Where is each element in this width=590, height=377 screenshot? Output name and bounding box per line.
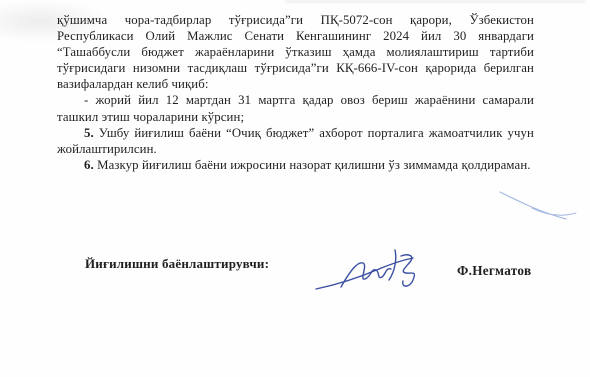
paragraph-continuation: қўшимча чора-тадбирлар тўғрисида”ги ПҚ-5… (57, 12, 534, 92)
handwritten-signature-icon (313, 243, 438, 305)
scan-streak (285, 0, 585, 3)
signer-role-label: Йиғилишни баёнлаштирувчи: (85, 256, 269, 272)
paragraph-clause-5: 5. Ушбу йиғилиш баёни “Очиқ бюджет” ахбо… (57, 125, 534, 157)
paragraph-clause-6: 6. Мазкур йиғилиш баёни ижросини назорат… (57, 157, 534, 173)
pen-mark-stroke (532, 208, 576, 215)
paragraph-text: Мазкур йиғилиш баёни ижросини назорат қи… (94, 158, 531, 172)
signer-name: Ф.Негматов (457, 263, 531, 279)
clause-number: 6. (84, 158, 94, 172)
paragraph-dash-item: - жорий йил 12 мартдан 31 мартга қадар о… (57, 92, 534, 124)
scanned-document-page: қўшимча чора-тадбирлар тўғрисида”ги ПҚ-5… (0, 0, 590, 377)
signature-sweep-stroke (316, 258, 413, 289)
clause-number: 5. (84, 126, 94, 140)
document-body: қўшимча чора-тадбирлар тўғрисида”ги ПҚ-5… (57, 12, 534, 173)
paragraph-text: Ушбу йиғилиш баёни “Очиқ бюджет” ахборот… (57, 126, 534, 156)
paragraph-text: - жорий йил 12 мартдан 31 мартга қадар о… (57, 93, 534, 123)
paragraph-text: қўшимча чора-тадбирлар тўғрисида”ги ПҚ-5… (57, 13, 534, 91)
stray-pen-mark-icon (494, 186, 586, 238)
